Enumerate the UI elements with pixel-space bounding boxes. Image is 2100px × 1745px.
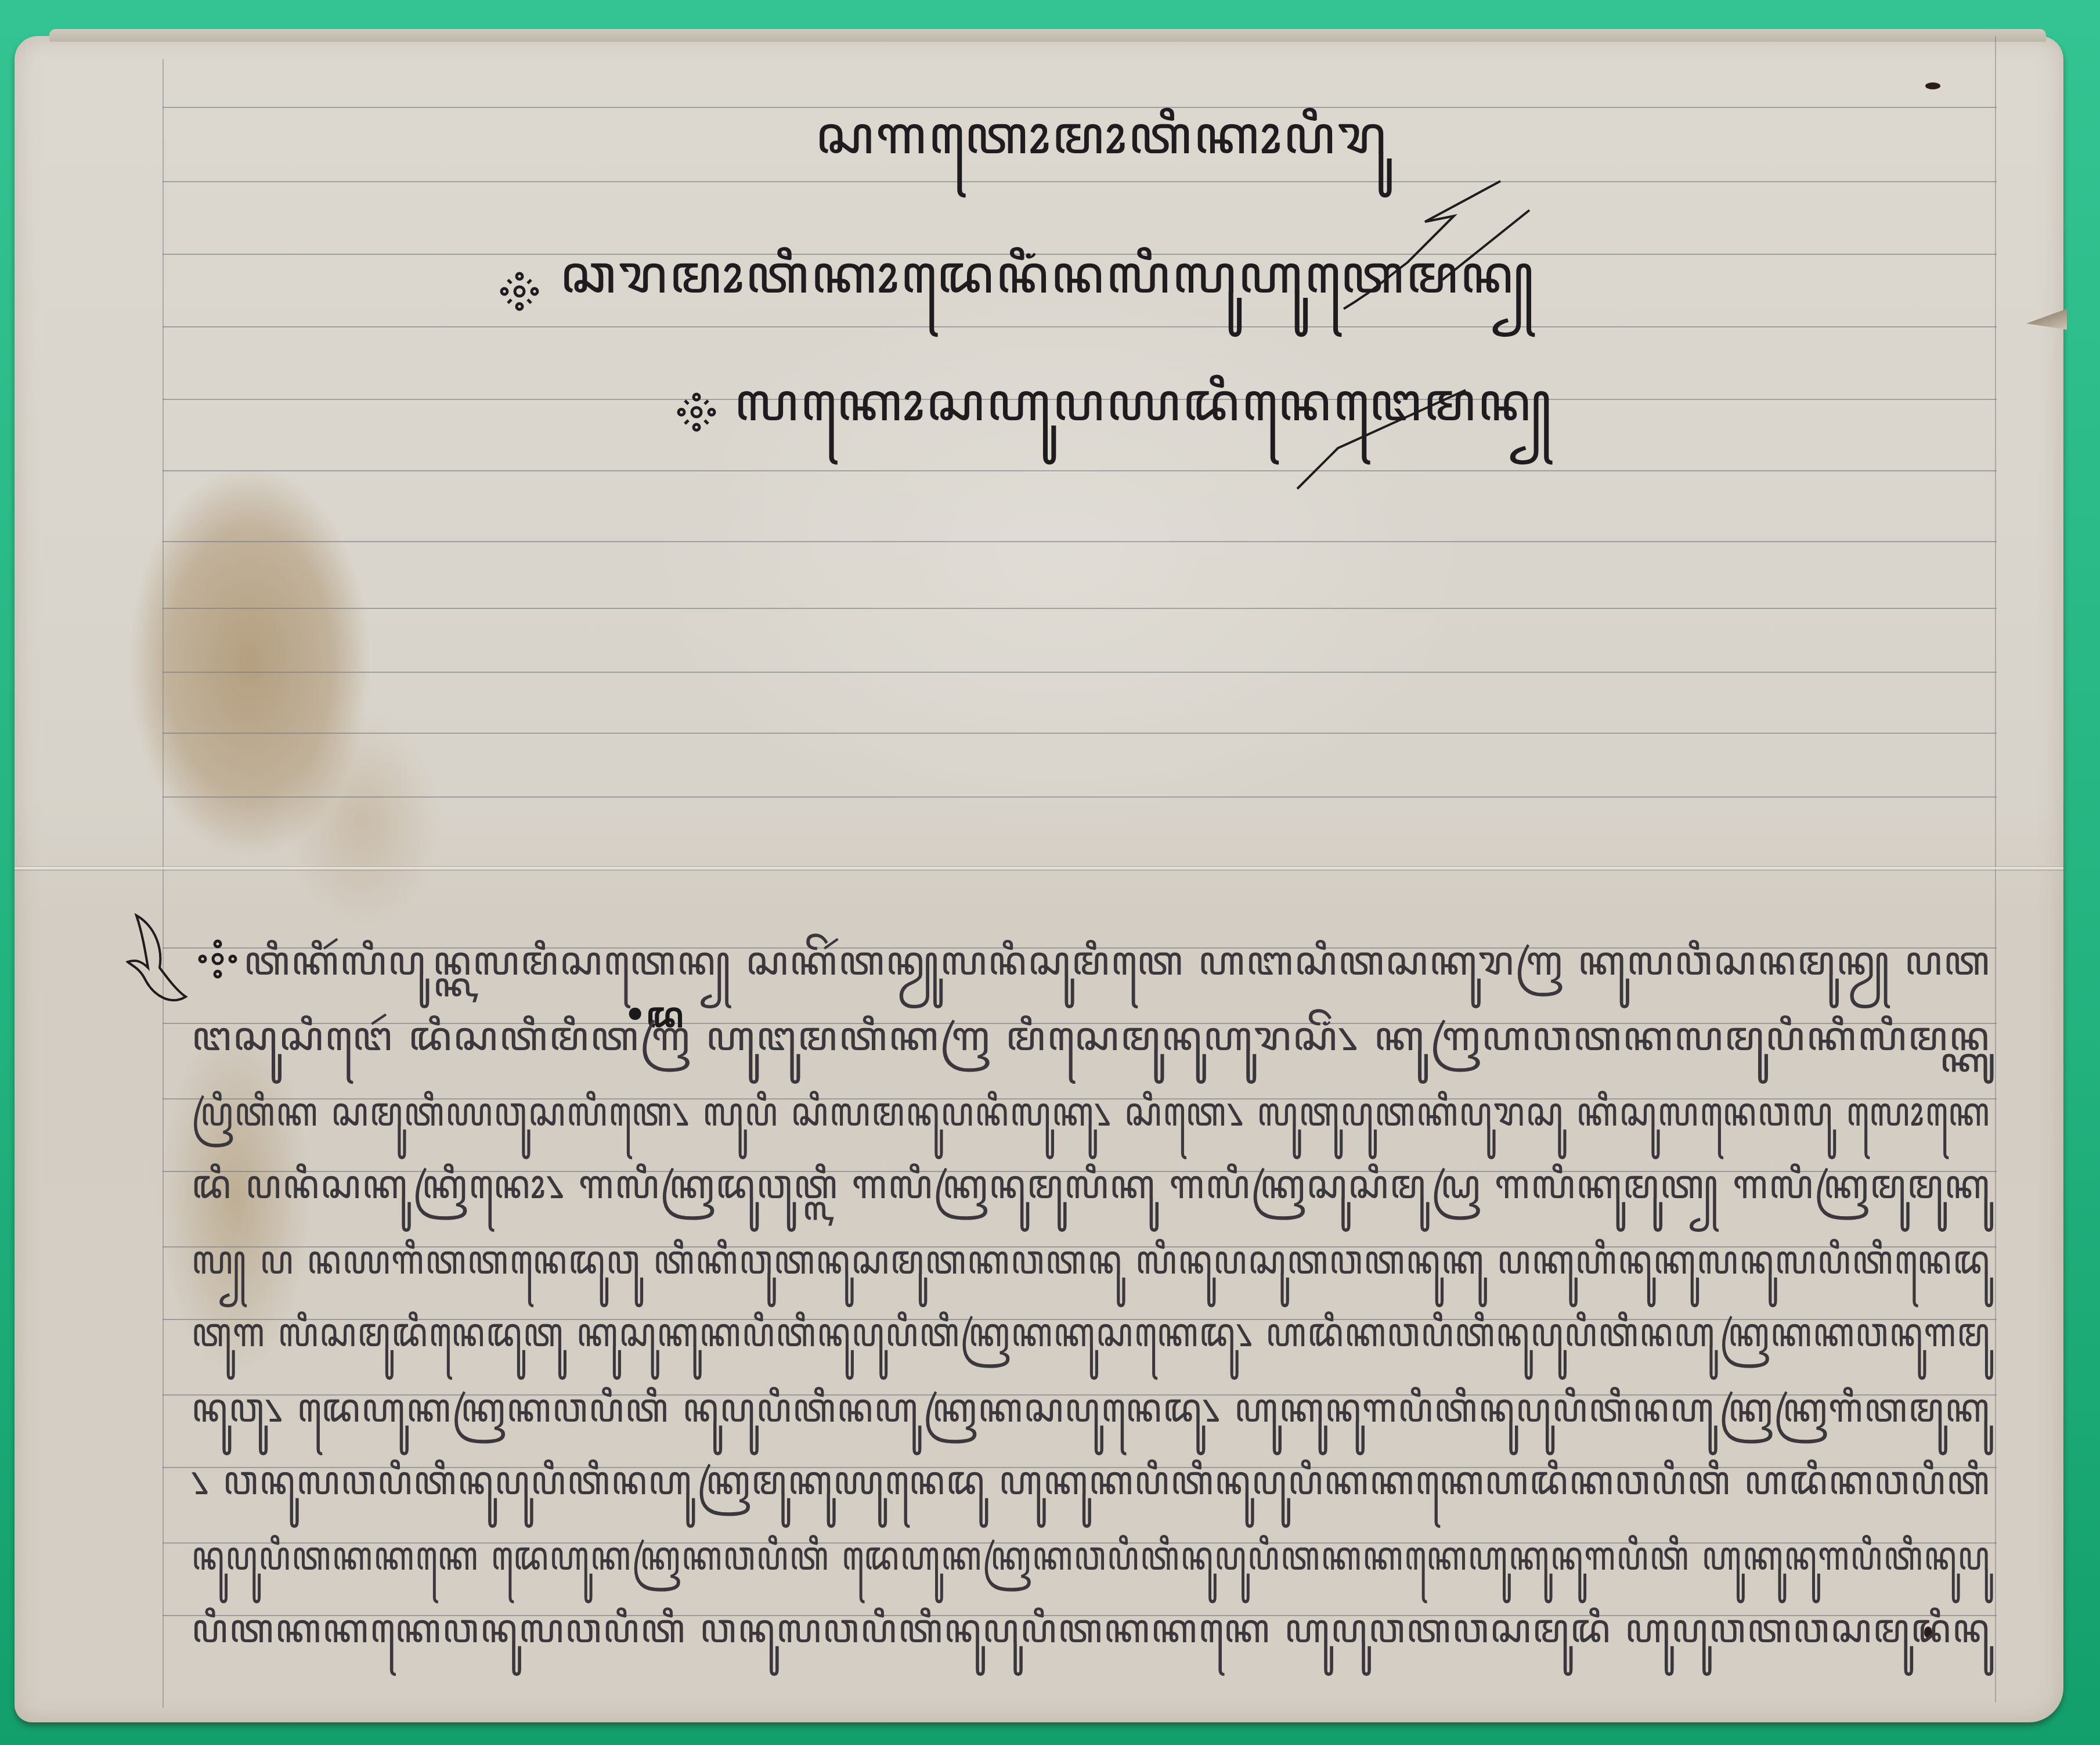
ruled-line — [163, 672, 1997, 673]
calligraphic-flourish — [1291, 384, 1524, 503]
ruled-line — [163, 733, 1997, 734]
body-line-3: ꦥꦿꦶꦠꦶꦏ ꦱꦩꦸꦠꦶꦪꦮꦸꦱꦭꦶꦠꦺ꧈ ꦭꦸꦥꦶ ꦱꦶꦭꦩꦤꦸꦥꦤꦶꦭꦸꦏꦸ… — [192, 1081, 1991, 1163]
page-fold-crease — [15, 866, 2063, 871]
flower-ornament-icon — [194, 936, 241, 982]
ruled-line — [163, 470, 1997, 471]
body-line-4: ꦢꦶ ꦥꦤꦶꦱꦏꦸꦏꦿꦶꦤꦺꦴ꧈ ꦒꦭꦶꦏꦿꦢꦸꦮꦸꦠ꧀ꦭꦶ ꦒꦭꦶꦏꦿꦤꦸꦩꦸ… — [192, 1153, 1991, 1236]
ruled-line — [163, 541, 1997, 542]
body-line-1: ꦠꦶꦏꦶꦂꦭꦶꦥꦸꦤ꧀ꦏꦭꦩꦶꦱꦠꦺꦤ꧀ ꦱꦏꦼꦂꦠꦤꦾꦸꦭꦤꦶꦱꦸꦩꦶꦠꦺ ꦲ… — [244, 930, 1991, 1012]
ruled-line — [163, 796, 1997, 798]
ruled-line — [163, 608, 1997, 609]
ink-dot — [1925, 82, 1940, 89]
body-line-8: ꧈ ꦮꦤꦸꦭꦮꦥꦶꦠꦶꦤꦸꦥꦸꦥꦶꦠꦶꦤꦲꦸꦏꦿꦩꦸꦏꦸꦪꦸꦤꦺꦢꦸ ꦲꦸꦏꦸꦏ… — [192, 1450, 1991, 1532]
left-margin-rule — [163, 59, 164, 1708]
paper-tear — [2026, 309, 2067, 330]
body-line-2: ꦔꦱꦸꦱꦶꦔꦺꦂ ꦢꦶꦱꦠꦶꦩꦶꦠꦒꦿ ꦲꦸꦔꦸꦩꦠꦶꦏꦒꦿ ꦩꦶꦱꦺꦩꦸꦤꦸꦲ… — [192, 1005, 1991, 1088]
manuscript-page: ꦱꦒꦠꦺꦴꦩꦴꦠꦶꦏꦴꦥꦶꦫꦸ ꦕꦫꦩꦴꦠꦶꦏꦴꦢꦺꦤꦶꦁꦤꦭꦶꦭꦸꦲꦸꦠꦺꦩꦤ… — [15, 36, 2063, 1722]
body-line-6: ꦠꦸꦒ ꦭꦶꦱꦩꦸꦢꦶꦤꦺꦢꦸꦠꦸ ꦏꦸꦱꦸꦏꦸꦏꦥꦶꦠꦶꦤꦸꦥꦸꦥꦶꦠꦶꦏꦿꦏ… — [192, 1301, 1991, 1384]
flower-ornament-icon — [673, 389, 720, 435]
naga-head-ornament-icon — [122, 910, 197, 1016]
body-line-7: ꦤꦸꦮꦸ꧈ ꦢꦺꦲꦸꦏꦏꦿꦏꦮꦥꦶꦠꦶ ꦤꦸꦥꦸꦥꦶꦠꦶꦤꦲꦸꦏꦿꦏꦱꦥꦸꦤꦺꦢ… — [192, 1377, 1991, 1459]
body-line-5: ꦭ꧀ ꦥ ꦤꦪꦒꦶꦠꦠꦤꦺꦢꦸꦮꦸ ꦠꦶꦏꦶꦮꦸꦠꦤꦸꦱꦩꦸꦠꦏꦮꦠꦤꦸ ꦭꦶꦤ… — [192, 1229, 1991, 1311]
body-line-10: ꦥꦶꦠꦏꦏꦏꦺꦮꦤꦸꦭꦮꦥꦶꦠꦶ ꦮꦤꦸꦭꦮꦥꦶꦠꦶꦤꦸꦥꦸꦥꦶꦠꦏꦏꦏꦺ ꦲꦸ… — [192, 1598, 1991, 1680]
page-stack-edge — [49, 29, 2046, 42]
title-line-1: ꦱꦒꦠꦺꦴꦩꦴꦠꦶꦏꦴꦥꦶꦫꦸ — [816, 94, 1388, 203]
body-line-9: ꦤꦸꦥꦸꦥꦶꦠꦏꦏꦏꦺ ꦢꦺꦲꦸꦏꦏꦿꦏꦮꦥꦶꦠꦶ ꦢꦺꦲꦸꦏꦏꦿꦏꦮꦥꦶꦠꦶꦤ… — [192, 1525, 1991, 1607]
flower-ornament-icon — [496, 268, 543, 315]
calligraphic-flourish — [1338, 175, 1628, 352]
